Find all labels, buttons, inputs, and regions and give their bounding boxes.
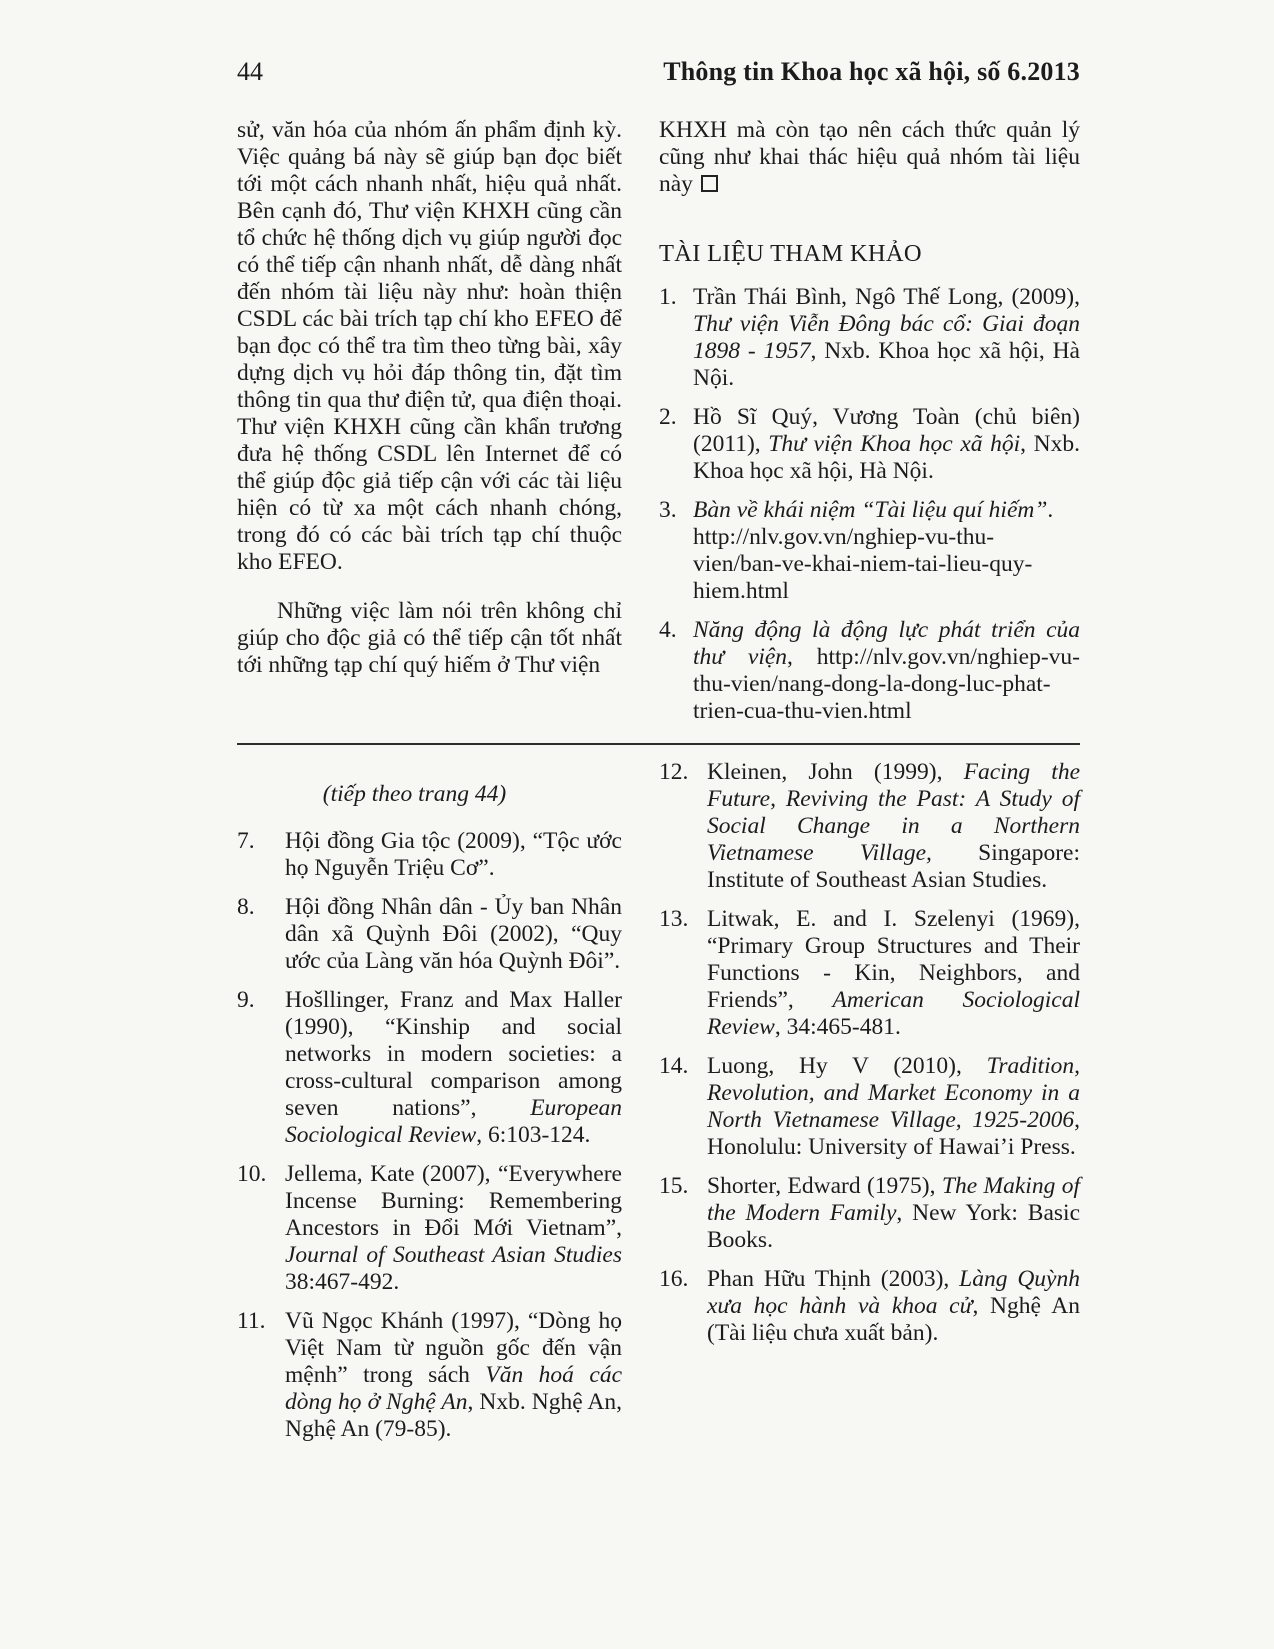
- article-paragraph: Những việc làm nói trên không chỉ giúp c…: [237, 598, 622, 679]
- reference-segment: Hội đồng Nhân dân - Ủy ban Nhân dân xã Q…: [285, 894, 622, 974]
- reference-text: Shorter, Edward (1975), The Making of th…: [707, 1173, 1080, 1254]
- reference-item: 15.Shorter, Edward (1975), The Making of…: [659, 1173, 1080, 1254]
- reference-segment: Journal of Southeast Asian Studies: [285, 1242, 622, 1268]
- reference-number: 7.: [237, 828, 285, 882]
- reference-number: 13.: [659, 906, 707, 1041]
- reference-item: 4.Năng động là động lực phát triển của t…: [659, 617, 1080, 725]
- reference-segment: Kleinen, John (1999),: [707, 759, 964, 785]
- references-list-bottom-left: 7.Hội đồng Gia tộc (2009), “Tộc ước họ N…: [237, 828, 622, 1443]
- reference-text: Phan Hữu Thịnh (2003), Làng Quỳnh xưa họ…: [707, 1266, 1080, 1347]
- reference-text: Hošllinger, Franz and Max Haller (1990),…: [285, 987, 622, 1149]
- reference-segment: , 6:103-124.: [476, 1122, 590, 1148]
- reference-text: Kleinen, John (1999), Facing the Future,…: [707, 759, 1080, 894]
- reference-number: 10.: [237, 1161, 285, 1296]
- reference-number: 1.: [659, 284, 693, 392]
- reference-item: 14.Luong, Hy V (2010), Tradition, Revolu…: [659, 1053, 1080, 1161]
- reference-text: Hội đồng Nhân dân - Ủy ban Nhân dân xã Q…: [285, 894, 622, 975]
- reference-item: 11.Vũ Ngọc Khánh (1997), “Dòng họ Việt N…: [237, 1308, 622, 1443]
- reference-item: 13.Litwak, E. and I. Szelenyi (1969), “P…: [659, 906, 1080, 1041]
- reference-segment: Trần Thái Bình, Ngô Thế Long, (2009),: [693, 284, 1080, 310]
- reference-number: 9.: [237, 987, 285, 1149]
- article-right-column: KHXH mà còn tạo nên cách thức quản lý cũ…: [659, 117, 1080, 725]
- reference-item: 7.Hội đồng Gia tộc (2009), “Tộc ước họ N…: [237, 828, 622, 882]
- reference-segment: Phan Hữu Thịnh (2003),: [707, 1266, 959, 1292]
- reference-segment: Jellema, Kate (2007), “Everywhere Incens…: [285, 1161, 622, 1241]
- reference-number: 16.: [659, 1266, 707, 1347]
- reference-text: Hội đồng Gia tộc (2009), “Tộc ước họ Ngu…: [285, 828, 622, 882]
- reference-text: Bàn về khái niệm “Tài liệu quí hiếm”.htt…: [693, 497, 1080, 605]
- reference-text: Năng động là động lực phát triển của thư…: [693, 617, 1080, 725]
- reference-text: Luong, Hy V (2010), Tradition, Revolutio…: [707, 1053, 1080, 1161]
- reference-item: 1.Trần Thái Bình, Ngô Thế Long, (2009), …: [659, 284, 1080, 392]
- continuation-columns: (tiếp theo trang 44) 7.Hội đồng Gia tộc …: [237, 759, 1080, 1443]
- reference-segment: http://nlv.gov.vn/nghiep-vu-thu-vien/ban…: [693, 524, 1032, 604]
- article-closing-paragraph: KHXH mà còn tạo nên cách thức quản lý cũ…: [659, 117, 1080, 198]
- reference-number: 2.: [659, 404, 693, 485]
- reference-item: 10.Jellema, Kate (2007), “Everywhere Inc…: [237, 1161, 622, 1296]
- references-list-top: 1.Trần Thái Bình, Ngô Thế Long, (2009), …: [659, 284, 1080, 725]
- reference-item: 9.Hošllinger, Franz and Max Haller (1990…: [237, 987, 622, 1149]
- reference-segment: .: [1047, 497, 1053, 523]
- article-top-columns: sử, văn hóa của nhóm ấn phẩm định kỳ. Vi…: [237, 117, 1080, 725]
- journal-title: Thông tin Khoa học xã hội, số 6.2013: [663, 57, 1080, 87]
- reference-text: Litwak, E. and I. Szelenyi (1969), “Prim…: [707, 906, 1080, 1041]
- reference-segment: Bàn về khái niệm “Tài liệu quí hiếm”: [693, 497, 1047, 523]
- reference-number: 11.: [237, 1308, 285, 1443]
- reference-text: Jellema, Kate (2007), “Everywhere Incens…: [285, 1161, 622, 1296]
- continuation-right-column: 12.Kleinen, John (1999), Facing the Futu…: [659, 759, 1080, 1443]
- reference-number: 4.: [659, 617, 693, 725]
- journal-page: 44 Thông tin Khoa học xã hội, số 6.2013 …: [0, 0, 1274, 1649]
- page-content: 44 Thông tin Khoa học xã hội, số 6.2013 …: [237, 57, 1080, 1443]
- reference-number: 3.: [659, 497, 693, 605]
- reference-item: 16.Phan Hữu Thịnh (2003), Làng Quỳnh xưa…: [659, 1266, 1080, 1347]
- reference-text: Hồ Sĩ Quý, Vương Toàn (chủ biên) (2011),…: [693, 404, 1080, 485]
- reference-segment: Thư viện Khoa học xã hội: [768, 431, 1020, 457]
- reference-segment: , 34:465-481.: [775, 1014, 901, 1040]
- reference-item: 8.Hội đồng Nhân dân - Ủy ban Nhân dân xã…: [237, 894, 622, 975]
- reference-item: 3.Bàn về khái niệm “Tài liệu quí hiếm”.h…: [659, 497, 1080, 605]
- reference-text: Vũ Ngọc Khánh (1997), “Dòng họ Việt Nam …: [285, 1308, 622, 1443]
- reference-segment: Shorter, Edward (1975),: [707, 1173, 942, 1199]
- reference-number: 12.: [659, 759, 707, 894]
- reference-item: 2.Hồ Sĩ Quý, Vương Toàn (chủ biên) (2011…: [659, 404, 1080, 485]
- closing-paragraph-text: KHXH mà còn tạo nên cách thức quản lý cũ…: [659, 117, 1080, 197]
- continuation-note: (tiếp theo trang 44): [237, 781, 592, 808]
- references-heading: TÀI LIỆU THAM KHẢO: [659, 240, 1080, 268]
- reference-number: 8.: [237, 894, 285, 975]
- end-of-article-icon: [701, 175, 718, 192]
- reference-number: 14.: [659, 1053, 707, 1161]
- reference-item: 12.Kleinen, John (1999), Facing the Futu…: [659, 759, 1080, 894]
- section-separator-rule: [237, 743, 1080, 745]
- reference-text: Trần Thái Bình, Ngô Thế Long, (2009), Th…: [693, 284, 1080, 392]
- page-header: 44 Thông tin Khoa học xã hội, số 6.2013: [237, 57, 1080, 87]
- article-left-column: sử, văn hóa của nhóm ấn phẩm định kỳ. Vi…: [237, 117, 622, 725]
- reference-segment: Luong, Hy V (2010),: [707, 1053, 987, 1079]
- page-number: 44: [237, 57, 263, 87]
- continuation-left-column: (tiếp theo trang 44) 7.Hội đồng Gia tộc …: [237, 759, 622, 1443]
- references-list-bottom-right: 12.Kleinen, John (1999), Facing the Futu…: [659, 759, 1080, 1347]
- reference-number: 15.: [659, 1173, 707, 1254]
- article-paragraph: sử, văn hóa của nhóm ấn phẩm định kỳ. Vi…: [237, 117, 622, 576]
- reference-segment: 38:467-492.: [285, 1269, 399, 1295]
- reference-segment: Hội đồng Gia tộc (2009), “Tộc ước họ Ngu…: [285, 828, 622, 881]
